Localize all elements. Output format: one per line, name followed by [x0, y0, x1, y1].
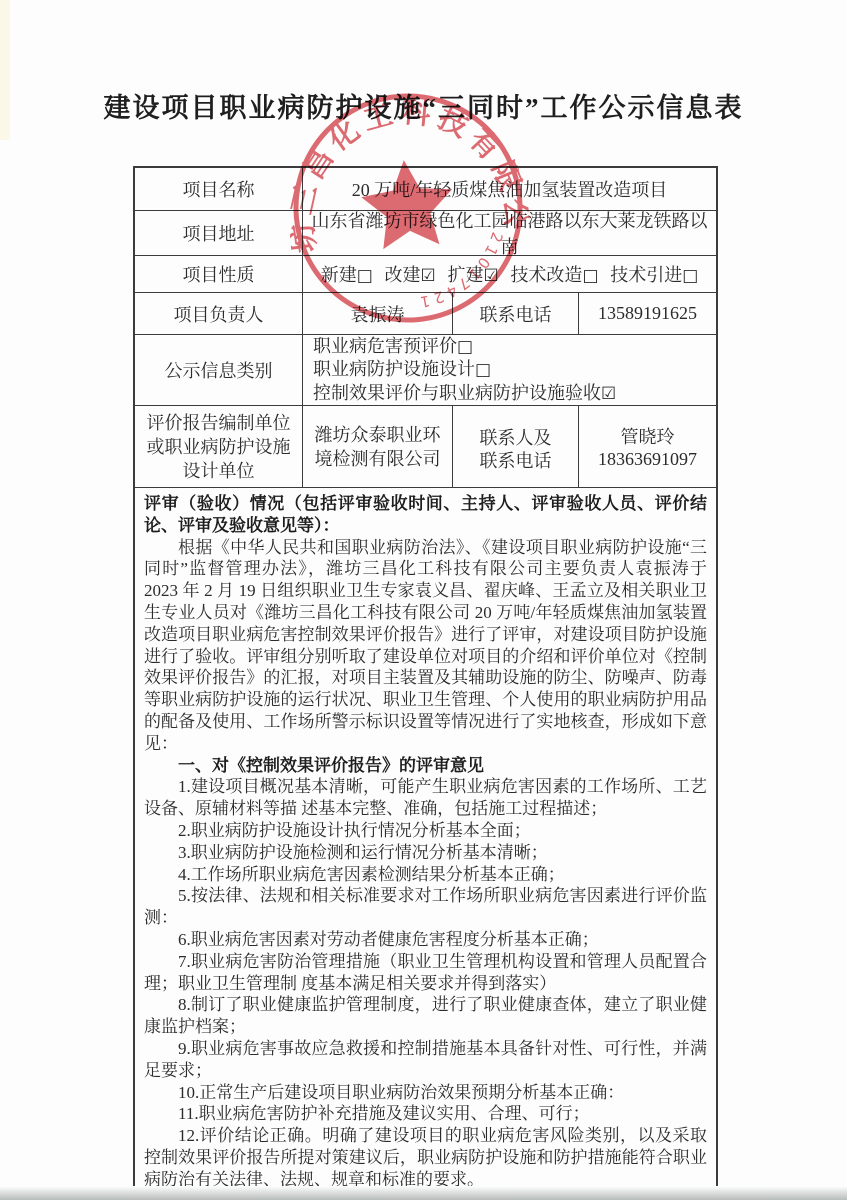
nature-option-tech-improve: 技术改造□	[510, 261, 598, 287]
scanned-document-page: 建设项目职业病防护设施“三同时”工作公示信息表 项目名称 20 万吨/年轻质煤焦…	[0, 0, 847, 1200]
nature-option-tech-import: 技术引进□	[610, 261, 698, 287]
review-item-2: 2.职业病防护设施设计执行情况分析基本全面；	[144, 820, 707, 842]
review-heading: 评审（验收）情况（包括评审验收时间、主持人、评审验收人员、评价结论、评审及验收意…	[144, 493, 707, 537]
publicity-type-label: 公示信息类别	[135, 335, 302, 405]
table-row-project-name: 项目名称 20 万吨/年轻质煤焦油加氢装置改造项目	[135, 168, 716, 210]
review-section: 评审（验收）情况（包括评审验收时间、主持人、评审验收人员、评价结论、评审及验收意…	[135, 488, 716, 1199]
evaluation-unit-label: 评价报告编制单位或职业病防护设施设计单位	[135, 406, 302, 487]
nature-option-expand: 扩建☑	[447, 261, 498, 287]
nature-option-label: 技术改造	[510, 265, 582, 285]
project-leader-name: 袁振涛	[302, 293, 452, 334]
page-bottom-scan-shadow	[0, 1186, 847, 1200]
nature-option-label: 改建	[385, 265, 421, 285]
table-row-review: 评审（验收）情况（包括评审验收时间、主持人、评审验收人员、评价结论、评审及验收意…	[135, 487, 716, 1199]
review-item-9: 9.职业病危害事故应急救援和控制措施基本具备针对性、可行性，并满足要求；	[144, 1038, 707, 1082]
contact-label-line2: 联系电话	[480, 451, 552, 471]
review-item-8: 8.制订了职业健康监护管理制度，进行了职业健康查体，建立了职业健康监护档案；	[144, 994, 707, 1038]
review-item-1: 1.建设项目概况基本清晰，可能产生职业病危害因素的工作场所、工艺设备、原辅材料等…	[144, 776, 707, 820]
evaluation-unit-org: 潍坊众泰职业环境检测有限公司	[302, 406, 452, 487]
info-table: 项目名称 20 万吨/年轻质煤焦油加氢装置改造项目 项目地址 山东省潍坊市绿色化…	[133, 166, 718, 1200]
review-subheading: 一、对《控制效果评价报告》的评审意见	[144, 755, 707, 777]
project-leader-label: 项目负责人	[135, 293, 302, 334]
evaluation-contact-label-text: 联系人及 联系电话	[480, 421, 552, 473]
publicity-option-label: 职业病危害预评价	[313, 336, 457, 356]
project-name-value: 20 万吨/年轻质煤焦油加氢装置改造项目	[302, 168, 716, 210]
nature-option-label: 扩建	[447, 265, 483, 285]
review-item-11: 11.职业病危害防护补充措施及建议实用、合理、可行；	[144, 1103, 707, 1125]
publicity-type-options: 职业病危害预评价□ 职业病防护设施设计□ 控制效果评价与职业病防护设施验收☑	[302, 335, 716, 405]
nature-option-label: 技术引进	[610, 265, 682, 285]
table-row-evaluation-unit: 评价报告编制单位或职业病防护设施设计单位 潍坊众泰职业环境检测有限公司 联系人及…	[135, 405, 716, 487]
review-item-3: 3.职业病防护设施检测和运行情况分析基本清晰；	[144, 842, 707, 864]
publicity-option-label: 控制效果评价与职业病防护设施验收	[313, 383, 601, 403]
evaluation-contact-label: 联系人及 联系电话	[452, 406, 578, 487]
checkbox-unchecked-icon: □	[582, 266, 598, 286]
project-nature-options: 新建□ 改建☑ 扩建☑ 技术改造□ 技术引进□	[302, 256, 716, 292]
table-row-project-address: 项目地址 山东省潍坊市绿色化工园临港路以东大莱龙铁路以南	[135, 210, 716, 255]
checkbox-unchecked-icon: □	[357, 266, 373, 286]
publicity-option-pre-evaluation: 职业病危害预评价□	[313, 335, 473, 359]
publicity-option-label: 职业病防护设施设计	[313, 359, 475, 379]
publicity-option-facility-design: 职业病防护设施设计□	[313, 358, 491, 382]
review-item-7: 7.职业病危害防治管理措施（职业卫生管理机构设置和管理人员配置合理；职业卫生管理…	[144, 951, 707, 995]
project-address-label: 项目地址	[135, 211, 302, 255]
project-address-value: 山东省潍坊市绿色化工园临港路以东大莱龙铁路以南	[302, 211, 716, 255]
review-item-5: 5.按法律、法规和相关标准要求对工作场所职业病危害因素进行评价监测：	[144, 885, 707, 929]
nature-option-rebuild: 改建☑	[385, 261, 436, 287]
leader-phone-label: 联系电话	[452, 293, 578, 334]
publicity-option-acceptance: 控制效果评价与职业病防护设施验收☑	[313, 382, 616, 406]
contact-label-line1: 联系人及	[480, 428, 552, 448]
nature-option-new: 新建□	[321, 261, 373, 287]
checkbox-unchecked-icon: □	[475, 360, 491, 380]
review-item-12: 12.评价结论正确。明确了建设项目的职业病危害风险类别，以及采取控制效果评价报告…	[144, 1125, 707, 1190]
review-item-4: 4.工作场所职业病危害因素检测结果分析基本正确；	[144, 864, 707, 886]
leader-phone-value: 13589191625	[578, 293, 716, 334]
review-paragraph: 根据《中华人民共和国职业病防治法》、《建设项目职业病防护设施“三同时”监督管理办…	[144, 537, 707, 755]
checkbox-checked-icon: ☑	[483, 266, 498, 286]
checkbox-unchecked-icon: □	[457, 337, 473, 357]
nature-option-label: 新建	[321, 265, 357, 285]
table-row-project-leader: 项目负责人 袁振涛 联系电话 13589191625	[135, 292, 716, 334]
project-nature-label: 项目性质	[135, 256, 302, 292]
project-name-label: 项目名称	[135, 168, 302, 210]
table-row-publicity-type: 公示信息类别 职业病危害预评价□ 职业病防护设施设计□ 控制效果评价与职业病防护…	[135, 334, 716, 405]
checkbox-checked-icon: ☑	[421, 266, 436, 286]
review-item-10: 10.正常生产后建设项目职业病防治效果预期分析基本正确：	[144, 1082, 707, 1104]
table-row-project-nature: 项目性质 新建□ 改建☑ 扩建☑ 技术改造□ 技术引进□	[135, 255, 716, 292]
review-item-6: 6.职业病危害因素对劳动者健康危害程度分析基本正确；	[144, 929, 707, 951]
checkbox-unchecked-icon: □	[682, 266, 698, 286]
page-title: 建设项目职业病防护设施“三同时”工作公示信息表	[0, 86, 847, 125]
checkbox-checked-icon: ☑	[601, 384, 616, 404]
evaluation-contact-value: 管晓玲 18363691097	[578, 406, 716, 487]
